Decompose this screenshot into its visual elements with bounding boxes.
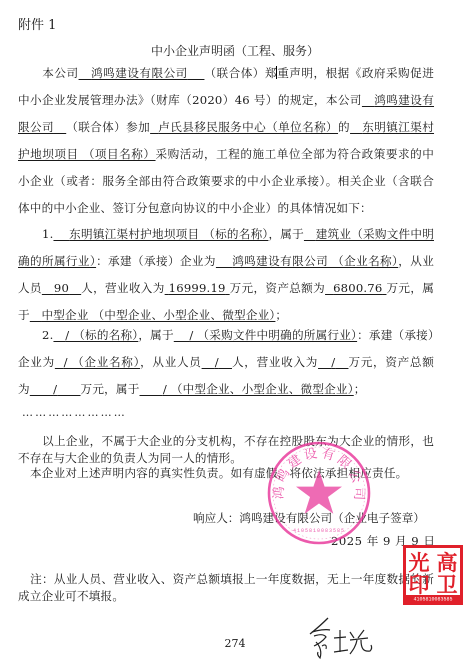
item1-assets: 6800.76 <box>333 281 382 295</box>
item2-contractor: / （企业名称） <box>64 355 140 369</box>
page-title: 中小企业声明函（工程、服务） <box>0 42 470 59</box>
intro-prefix: 本公司 <box>42 66 79 80</box>
purchaser-name: 卢氏县移民服务中心（单位名称） <box>158 120 338 134</box>
ellipsis: …………………… <box>22 406 127 419</box>
item-2: 2. / （标的名称），属于 / （采购文件中明确的所属行业）：承建（承接）企业… <box>18 322 434 403</box>
item2-employees: / <box>215 355 219 369</box>
item1-employees: 90 <box>54 281 69 295</box>
document-page: 附件 1 中小企业声明函（工程、服务） 本公司 鸿鸣建设有限公司 （联合体）郑重… <box>0 0 470 668</box>
item2-subject: / （标的名称） <box>65 328 138 342</box>
item2-size: / （中型企业、小型企业、微型企业） <box>163 382 354 396</box>
svg-text:卫: 卫 <box>437 573 458 597</box>
item1-size: 中型企业 （中型企业、小型企业、微型企业） <box>41 308 275 322</box>
item1-contractor: 鸿鸣建设有限公司 （企业名称） <box>232 254 398 268</box>
statement-truth: 本企业对上述声明内容的真实性负责。如有虚假，将依法承担相应责任。 <box>18 460 434 487</box>
item2-industry: / （采购文件中明确的所属行业） <box>189 328 357 342</box>
item1-subject: 东明镇江渠村护地坝项目 （标的名称） <box>69 227 268 241</box>
item1-revenue: 16999.19 <box>169 281 226 295</box>
respondent-line: 响应人：鸿鸣建设有限公司（企业电子签章） <box>193 510 425 526</box>
attachment-label: 附件 1 <box>18 14 56 33</box>
page-number: 274 <box>0 637 470 650</box>
company-name-1: 鸿鸣建设有限公司 <box>91 66 188 80</box>
item2-revenue: / <box>331 355 335 369</box>
item-1: 1. 东明镇江渠村护地坝项目 （标的名称），属于 建筑业（采购文件中明确的所属行… <box>18 221 434 329</box>
date-line: 2025 年 9 月 9 日 <box>331 533 435 549</box>
svg-text:高: 高 <box>437 551 458 575</box>
intro-paragraph: 本公司 鸿鸣建设有限公司 （联合体）郑重声明，根据《政府采购促进中小企业发展管理… <box>18 60 434 222</box>
item2-assets: / <box>53 382 57 396</box>
note-paragraph: 注：从业人员、营业收入、资产总额填报上一年度数据，无上一年度数据的新成立企业可不… <box>18 571 434 605</box>
